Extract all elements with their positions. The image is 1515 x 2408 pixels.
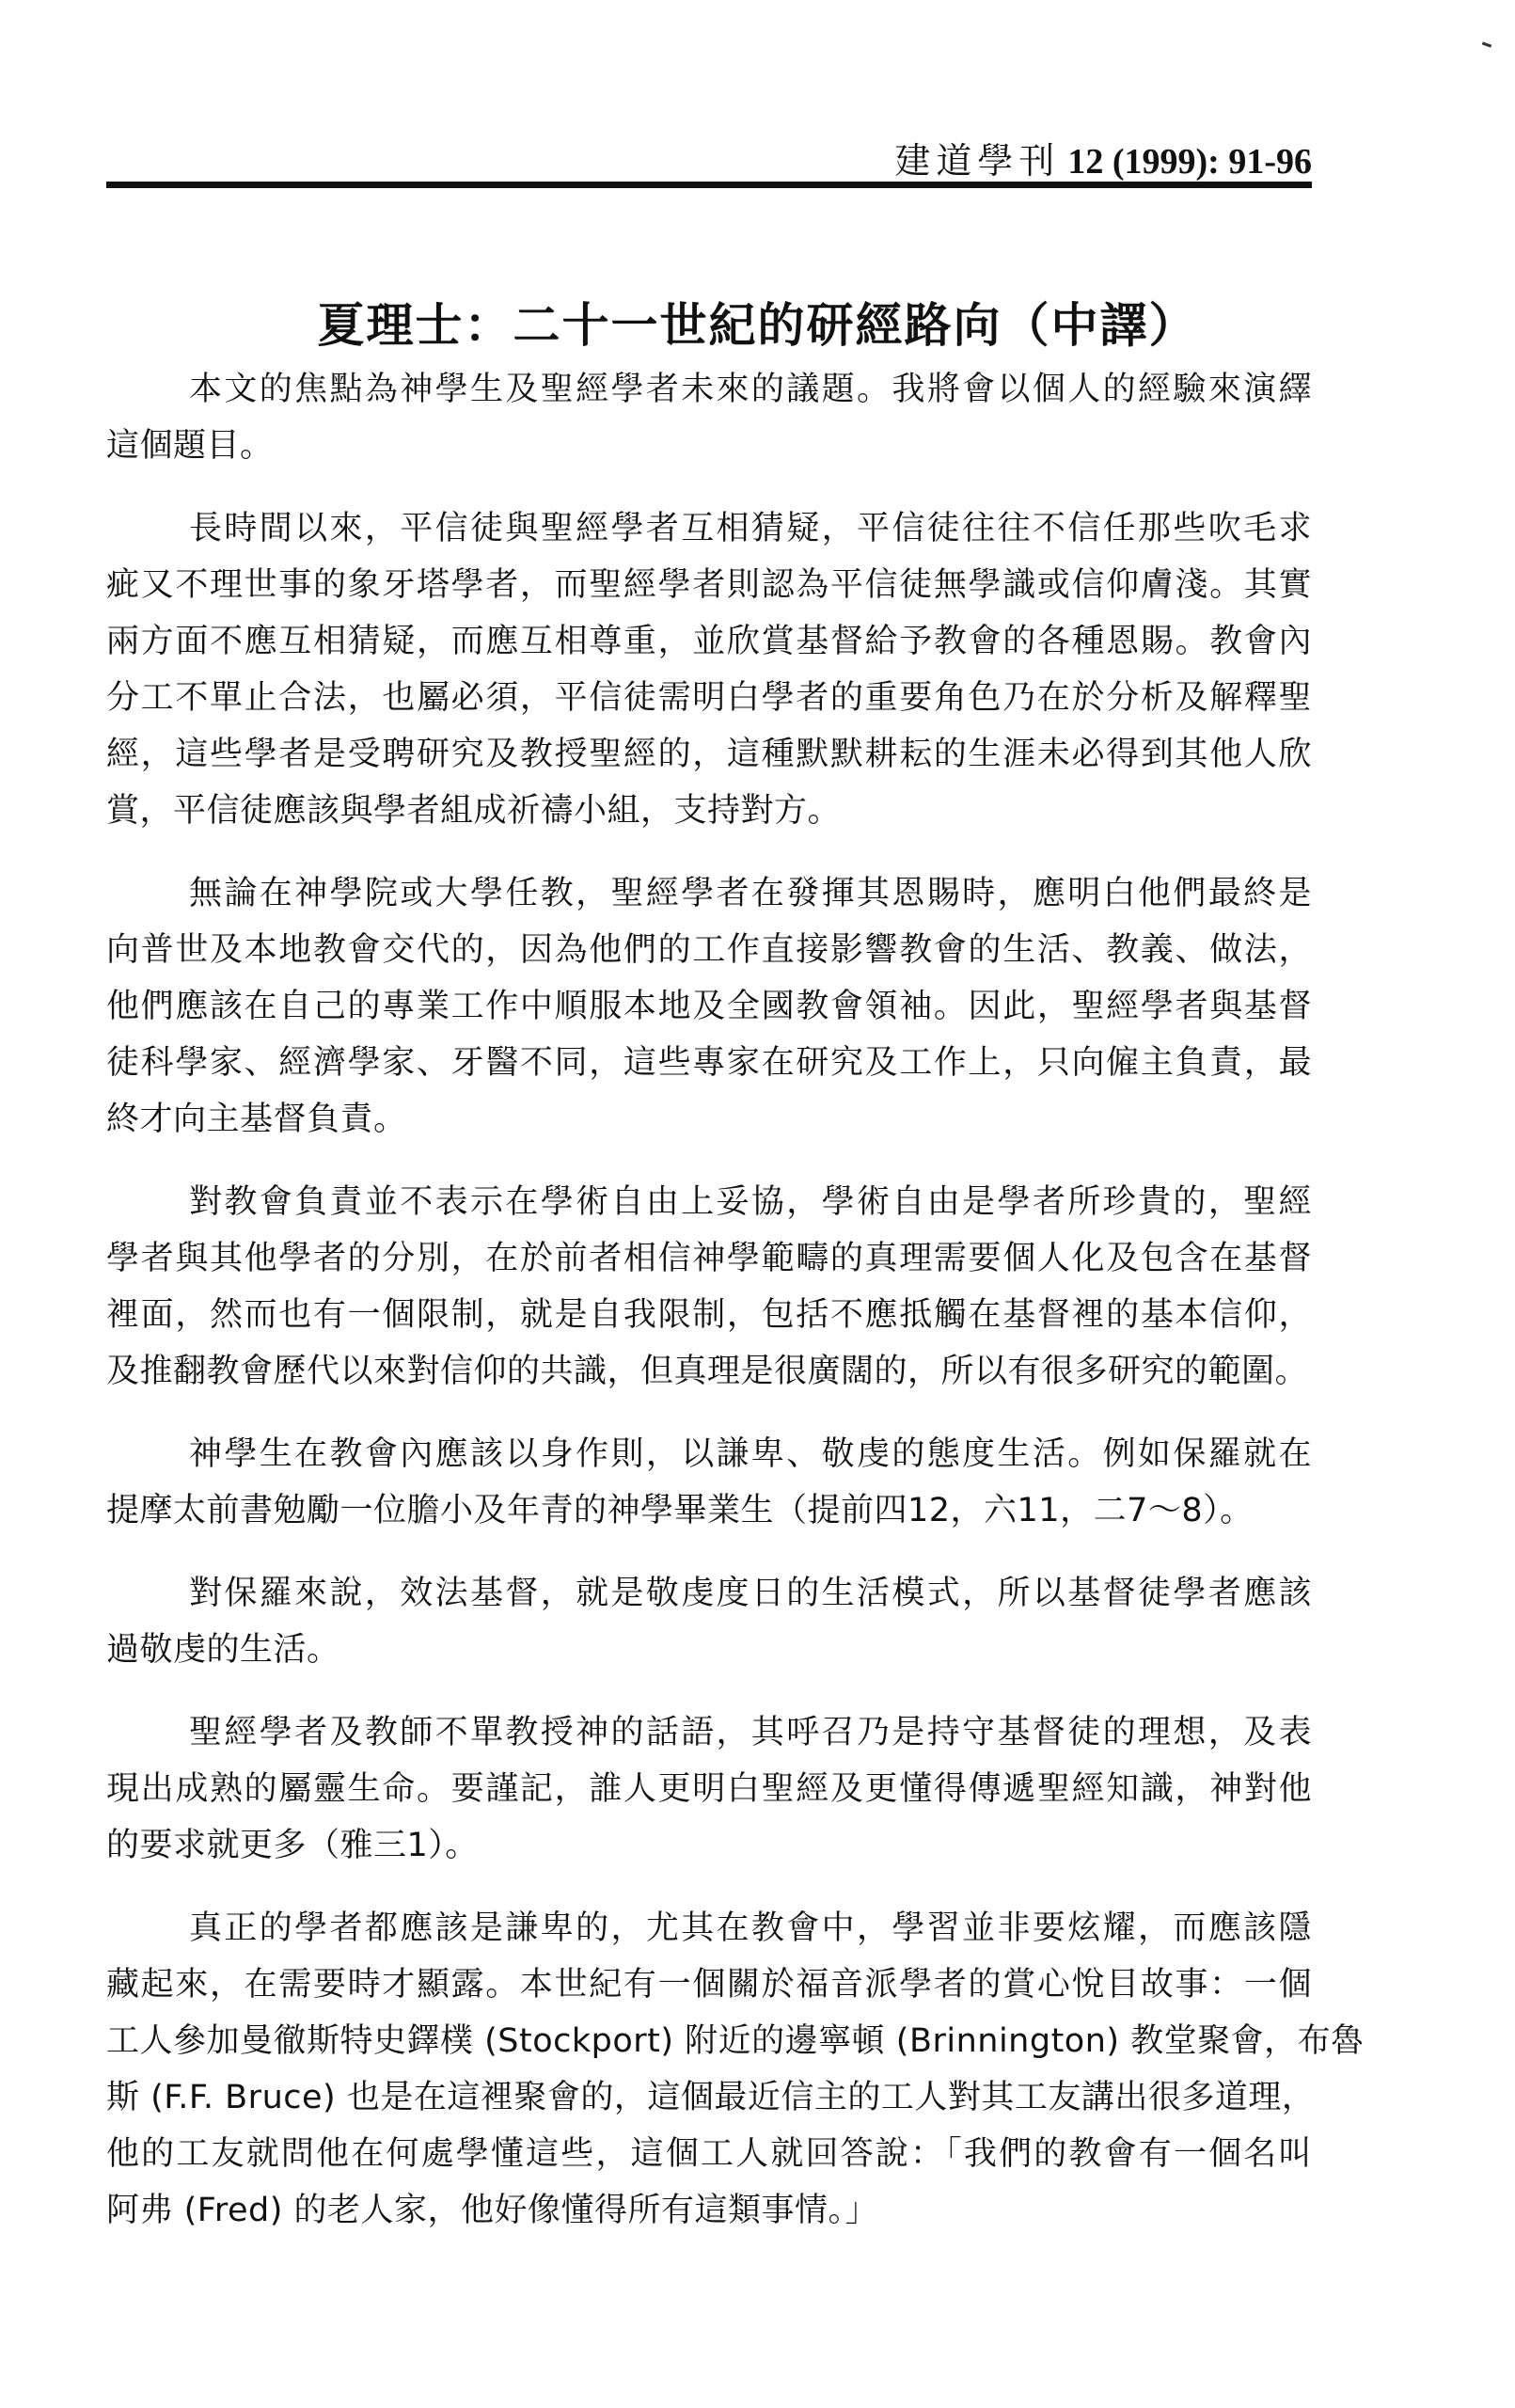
text-line: 本文的焦點為神學生及聖經學者未來的議題。我將會以個人的經驗來演繹 bbox=[106, 361, 1312, 418]
text-line: 學者與其他學者的分別，在於前者相信神學範疇的真理需要個人化及包含在基督 bbox=[106, 1230, 1312, 1287]
paragraph: 神學生在教會內應該以身作則，以謙卑、敬虔的態度生活。例如保羅就在提摩太前書勉勵一… bbox=[106, 1426, 1312, 1539]
text-line: 及推翻教會歷代以來對信仰的共識，但真理是很廣闊的，所以有很多研究的範圍。 bbox=[106, 1343, 1312, 1400]
text-line: 神學生在教會內應該以身作則，以謙卑、敬虔的態度生活。例如保羅就在 bbox=[106, 1426, 1312, 1482]
text-line: 的要求就更多（雅三1）。 bbox=[106, 1817, 1312, 1874]
text-line: 真正的學者都應該是謙卑的，尤其在教會中，學習並非要炫耀，而應該隱 bbox=[106, 1900, 1312, 1956]
paragraph: 真正的學者都應該是謙卑的，尤其在教會中，學習並非要炫耀，而應該隱藏起來，在需要時… bbox=[106, 1900, 1312, 2239]
text-line: 向普世及本地教會交代的，因為他們的工作直接影響教會的生活、教義、做法， bbox=[106, 922, 1312, 978]
paragraph: 對保羅來說，效法基督，就是敬虔度日的生活模式，所以基督徒學者應該過敬虔的生活。 bbox=[106, 1565, 1312, 1678]
text-line: 對保羅來說，效法基督，就是敬虔度日的生活模式，所以基督徒學者應該 bbox=[106, 1565, 1312, 1622]
text-line: 經，這些學者是受聘研究及教授聖經的，這種默默耕耘的生涯未必得到其他人欣 bbox=[106, 726, 1312, 783]
text-line: 疵又不理世事的象牙塔學者，而聖經學者則認為平信徒無學識或信仰膚淺。其實 bbox=[106, 557, 1312, 613]
journal-citation: 建道學刊12 (1999): 91-96 bbox=[894, 132, 1312, 183]
text-line: 阿弗 (Fred) 的老人家，他好像懂得所有這類事情。」 bbox=[106, 2182, 1312, 2239]
article-body: 本文的焦點為神學生及聖經學者未來的議題。我將會以個人的經驗來演繹這個題目。長時間… bbox=[106, 361, 1312, 2265]
paragraph: 本文的焦點為神學生及聖經學者未來的議題。我將會以個人的經驗來演繹這個題目。 bbox=[106, 361, 1312, 474]
scan-artifact bbox=[1482, 41, 1491, 47]
text-line: 工人參加曼徹斯特史鐸樸 (Stockport) 附近的邊寧頓 (Brinning… bbox=[106, 2013, 1312, 2069]
text-line: 這個題目。 bbox=[106, 418, 1312, 474]
text-line: 提摩太前書勉勵一位膽小及年青的神學畢業生（提前四12，六11，二7～8）。 bbox=[106, 1482, 1312, 1539]
journal-name: 建道學刊 bbox=[894, 140, 1060, 182]
paragraph: 聖經學者及教師不單教授神的話語，其呼召乃是持守基督徒的理想，及表現出成熟的屬靈生… bbox=[106, 1704, 1312, 1874]
text-line: 分工不單止合法，也屬必須，平信徒需明白學者的重要角色乃在於分析及解釋聖 bbox=[106, 670, 1312, 726]
text-line: 斯 (F.F. Bruce) 也是在這裡聚會的，這個最近信主的工人對其工友講出很… bbox=[106, 2069, 1312, 2126]
text-line: 對教會負責並不表示在學術自由上妥協，學術自由是學者所珍貴的，聖經 bbox=[106, 1174, 1312, 1230]
paragraph: 無論在神學院或大學任教，聖經學者在發揮其恩賜時，應明白他們最終是向普世及本地教會… bbox=[106, 865, 1312, 1148]
text-line: 賞，平信徒應該與學者組成祈禱小組，支持對方。 bbox=[106, 783, 1312, 839]
text-line: 裡面，然而也有一個限制，就是自我限制，包括不應抵觸在基督裡的基本信仰， bbox=[106, 1287, 1312, 1343]
text-line: 藏起來，在需要時才顯露。本世紀有一個關於福音派學者的賞心悅目故事：一個 bbox=[106, 1956, 1312, 2013]
volume-year-pages: 12 (1999): 91-96 bbox=[1067, 142, 1312, 182]
paragraph: 長時間以來，平信徒與聖經學者互相猜疑，平信徒往往不信任那些吹毛求疵又不理世事的象… bbox=[106, 500, 1312, 839]
text-line: 無論在神學院或大學任教，聖經學者在發揮其恩賜時，應明白他們最終是 bbox=[106, 865, 1312, 922]
header-rule bbox=[106, 182, 1312, 188]
text-line: 他的工友就問他在何處學懂這些，這個工人就回答說：「我們的教會有一個名叫 bbox=[106, 2126, 1312, 2182]
running-header: 建道學刊12 (1999): 91-96 bbox=[106, 122, 1312, 179]
article-title: 夏理士：二十一世紀的研經路向（中譯） bbox=[0, 288, 1515, 356]
text-line: 終才向主基督負責。 bbox=[106, 1091, 1312, 1148]
paragraph: 對教會負責並不表示在學術自由上妥協，學術自由是學者所珍貴的，聖經學者與其他學者的… bbox=[106, 1174, 1312, 1400]
text-line: 他們應該在自己的專業工作中順服本地及全國教會領袖。因此，聖經學者與基督 bbox=[106, 978, 1312, 1035]
text-line: 長時間以來，平信徒與聖經學者互相猜疑，平信徒往往不信任那些吹毛求 bbox=[106, 500, 1312, 557]
text-line: 現出成熟的屬靈生命。要謹記，誰人更明白聖經及更懂得傳遞聖經知識，神對他 bbox=[106, 1761, 1312, 1817]
text-line: 過敬虔的生活。 bbox=[106, 1622, 1312, 1678]
text-line: 徒科學家、經濟學家、牙醫不同，這些專家在研究及工作上，只向僱主負責，最 bbox=[106, 1035, 1312, 1091]
text-line: 聖經學者及教師不單教授神的話語，其呼召乃是持守基督徒的理想，及表 bbox=[106, 1704, 1312, 1761]
text-line: 兩方面不應互相猜疑，而應互相尊重，並欣賞基督給予教會的各種恩賜。教會內 bbox=[106, 613, 1312, 670]
